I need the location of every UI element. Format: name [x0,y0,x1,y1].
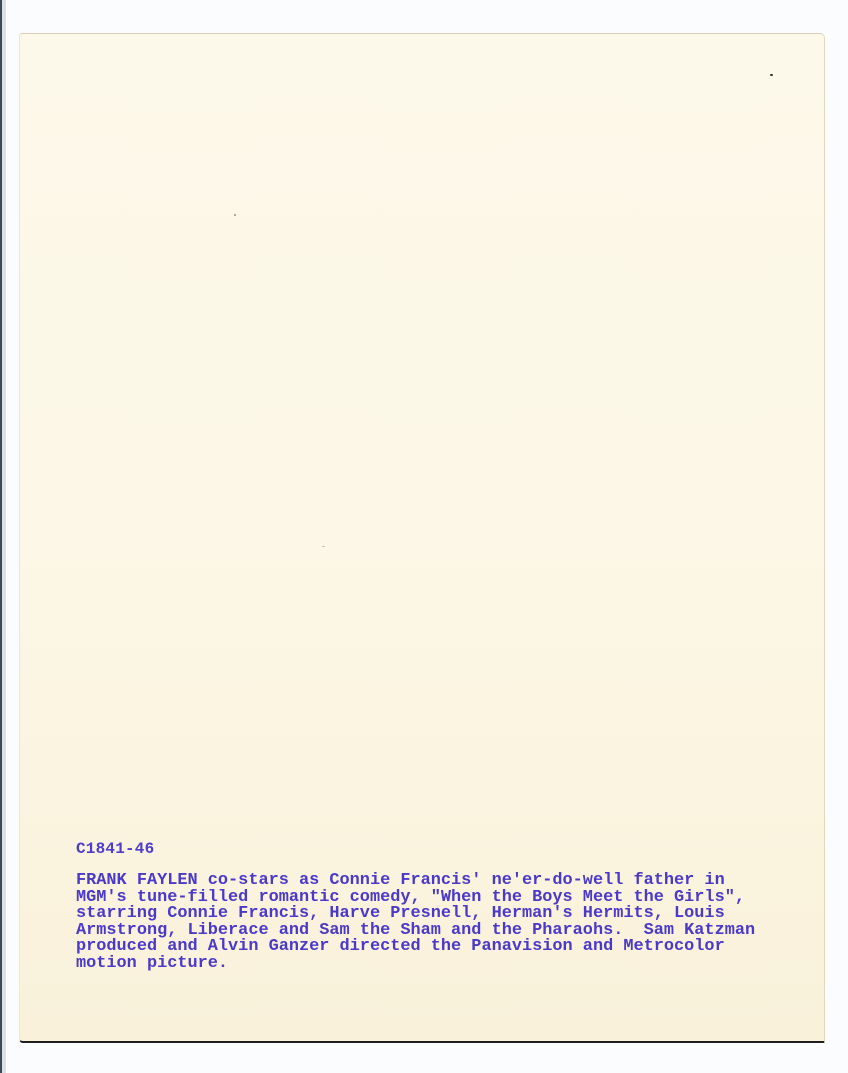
paper-speck [322,546,325,547]
paper-speck [234,214,236,216]
catalog-number: C1841-46 [76,840,154,858]
caption-text: FRANK FAYLEN co-stars as Connie Francis'… [76,873,755,973]
photo-back-paper: C1841-46 FRANK FAYLEN co-stars as Connie… [19,33,825,1043]
caption-line: motion picture. [76,956,755,973]
scanner-edge-gradient [2,0,6,1073]
paper-speck [770,74,773,76]
